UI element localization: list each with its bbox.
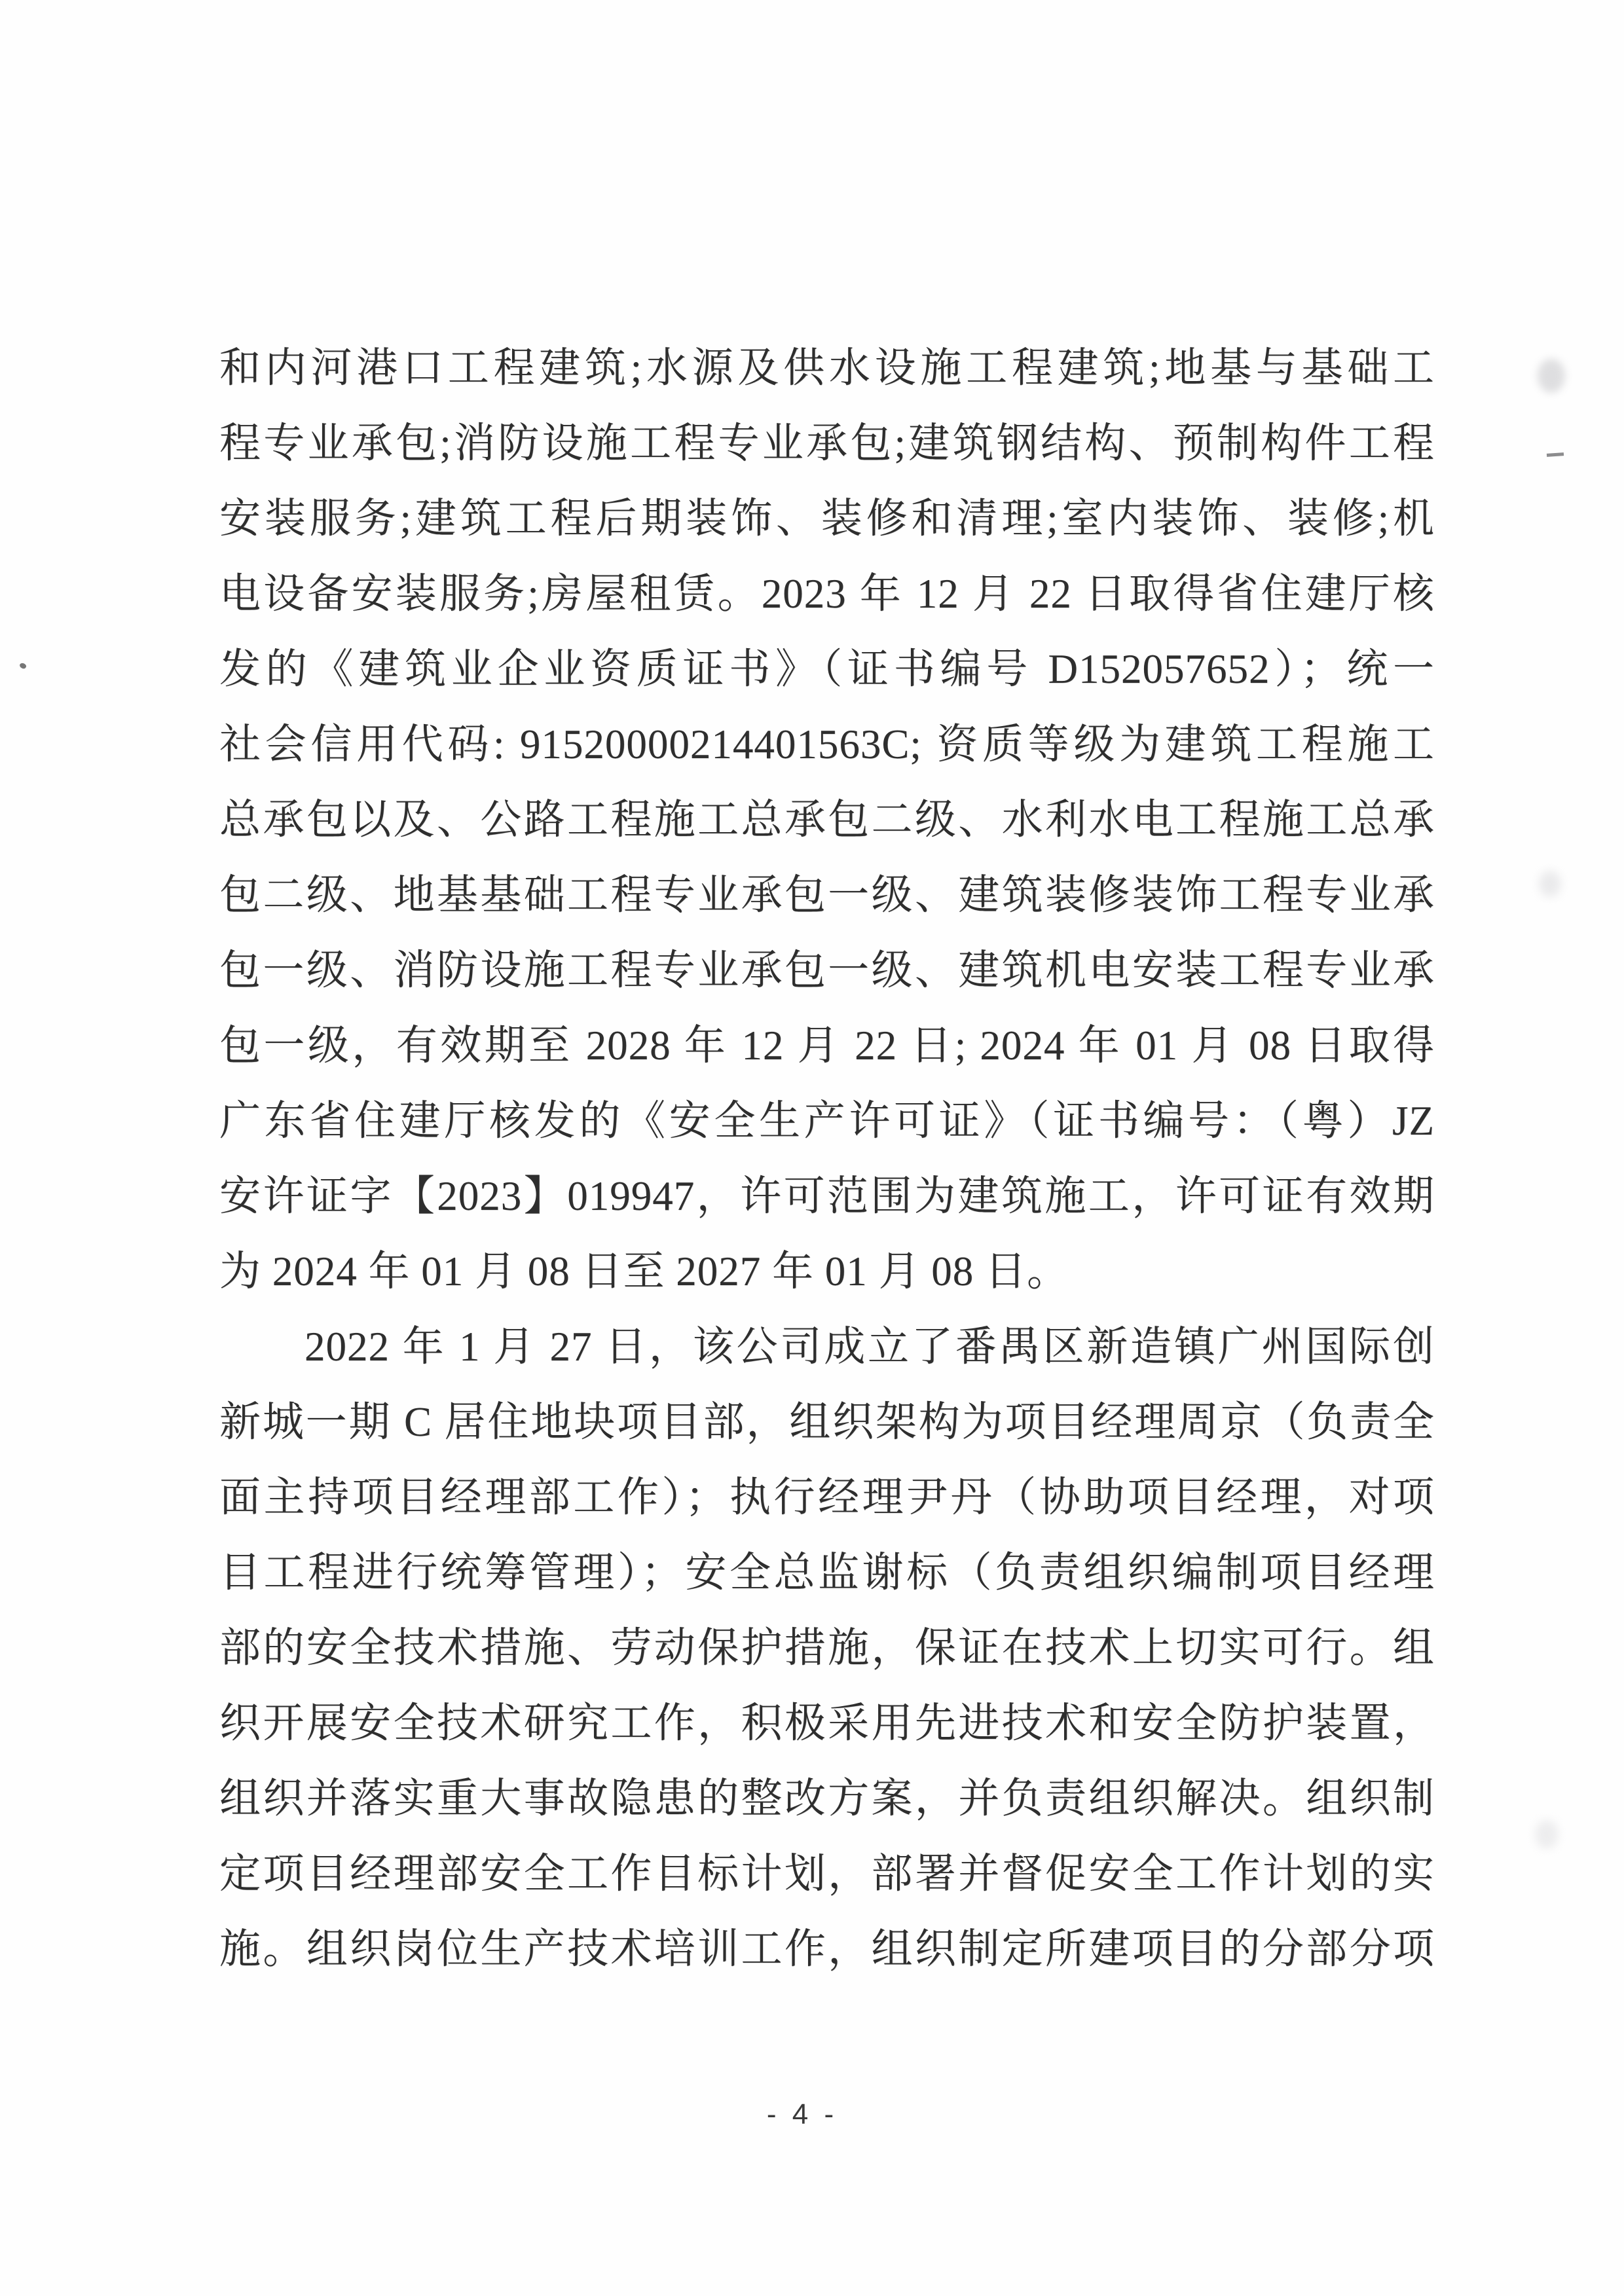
- text-line: 为 2024 年 01 月 08 日至 2027 年 01 月 08 日。: [219, 1234, 1435, 1309]
- text-line: 发的《建筑业企业资质证书》（证书编号 D152057652）；统一: [219, 632, 1435, 707]
- text-line: 总承包以及、公路工程施工总承包二级、水利水电工程施工总承: [219, 782, 1435, 858]
- text-line: 包一级、消防设施工程专业承包一级、建筑机电安装工程专业承: [219, 933, 1435, 1008]
- text-line paragraph-start: 2022 年 1 月 27 日，该公司成立了番禺区新造镇广州国际创: [219, 1309, 1435, 1385]
- text-line: 目工程进行统筹管理）；安全总监谢标（负责组织编制项目经理: [219, 1535, 1435, 1611]
- text-line: 部的安全技术措施、劳动保护措施，保证在技术上切实可行。组: [219, 1611, 1435, 1686]
- text-line: 程专业承包;消防设施工程专业承包;建筑钢结构、预制构件工程: [219, 406, 1435, 481]
- text-line: 定项目经理部安全工作目标计划，部署并督促安全工作计划的实: [219, 1836, 1435, 1912]
- text-line: 电设备安装服务;房屋租赁。2023 年 12 月 22 日取得省住建厅核: [219, 556, 1435, 632]
- scan-smudge: [1539, 871, 1561, 897]
- text-line: 包二级、地基基础工程专业承包一级、建筑装修装饰工程专业承: [219, 858, 1435, 933]
- scan-smudge: [1538, 359, 1565, 393]
- text-line: 安许证字【2023】019947，许可范围为建筑施工，许可证有效期: [219, 1159, 1435, 1234]
- text-line: 安装服务;建筑工程后期装饰、装修和清理;室内装饰、装修;机: [219, 481, 1435, 556]
- text-line: 新城一期 C 居住地块项目部，组织架构为项目经理周京（负责全: [219, 1385, 1435, 1460]
- text-line: 组织并落实重大事故隐患的整改方案，并负责组织解决。组织制: [219, 1761, 1435, 1836]
- text-line: 施。组织岗位生产技术培训工作，组织制定所建项目的分部分项: [219, 1912, 1435, 1987]
- page-number: - 4 -: [0, 2095, 1604, 2134]
- text-line: 和内河港口工程建筑;水源及供水设施工程建筑;地基与基础工: [219, 331, 1435, 406]
- text-line: 社会信用代码: 91520000214401563C; 资质等级为建筑工程施工: [219, 707, 1435, 782]
- document-body: 和内河港口工程建筑;水源及供水设施工程建筑;地基与基础工 程专业承包;消防设施工…: [219, 331, 1435, 1987]
- text-line: 广东省住建厅核发的《安全生产许可证》（证书编号：（粤）JZ: [219, 1084, 1435, 1159]
- scan-speck: [19, 662, 28, 670]
- text-line: 面主持项目经理部工作）；执行经理尹丹（协助项目经理，对项: [219, 1460, 1435, 1535]
- text-line: 包一级，有效期至 2028 年 12 月 22 日; 2024 年 01 月 0…: [219, 1008, 1435, 1084]
- document-page: 和内河港口工程建筑;水源及供水设施工程建筑;地基与基础工 程专业承包;消防设施工…: [0, 0, 1624, 2296]
- scan-mark: [1547, 452, 1564, 457]
- scan-smudge: [1535, 1820, 1559, 1849]
- text-line: 织开展安全技术研究工作，积极采用先进技术和安全防护装置，: [219, 1686, 1435, 1761]
